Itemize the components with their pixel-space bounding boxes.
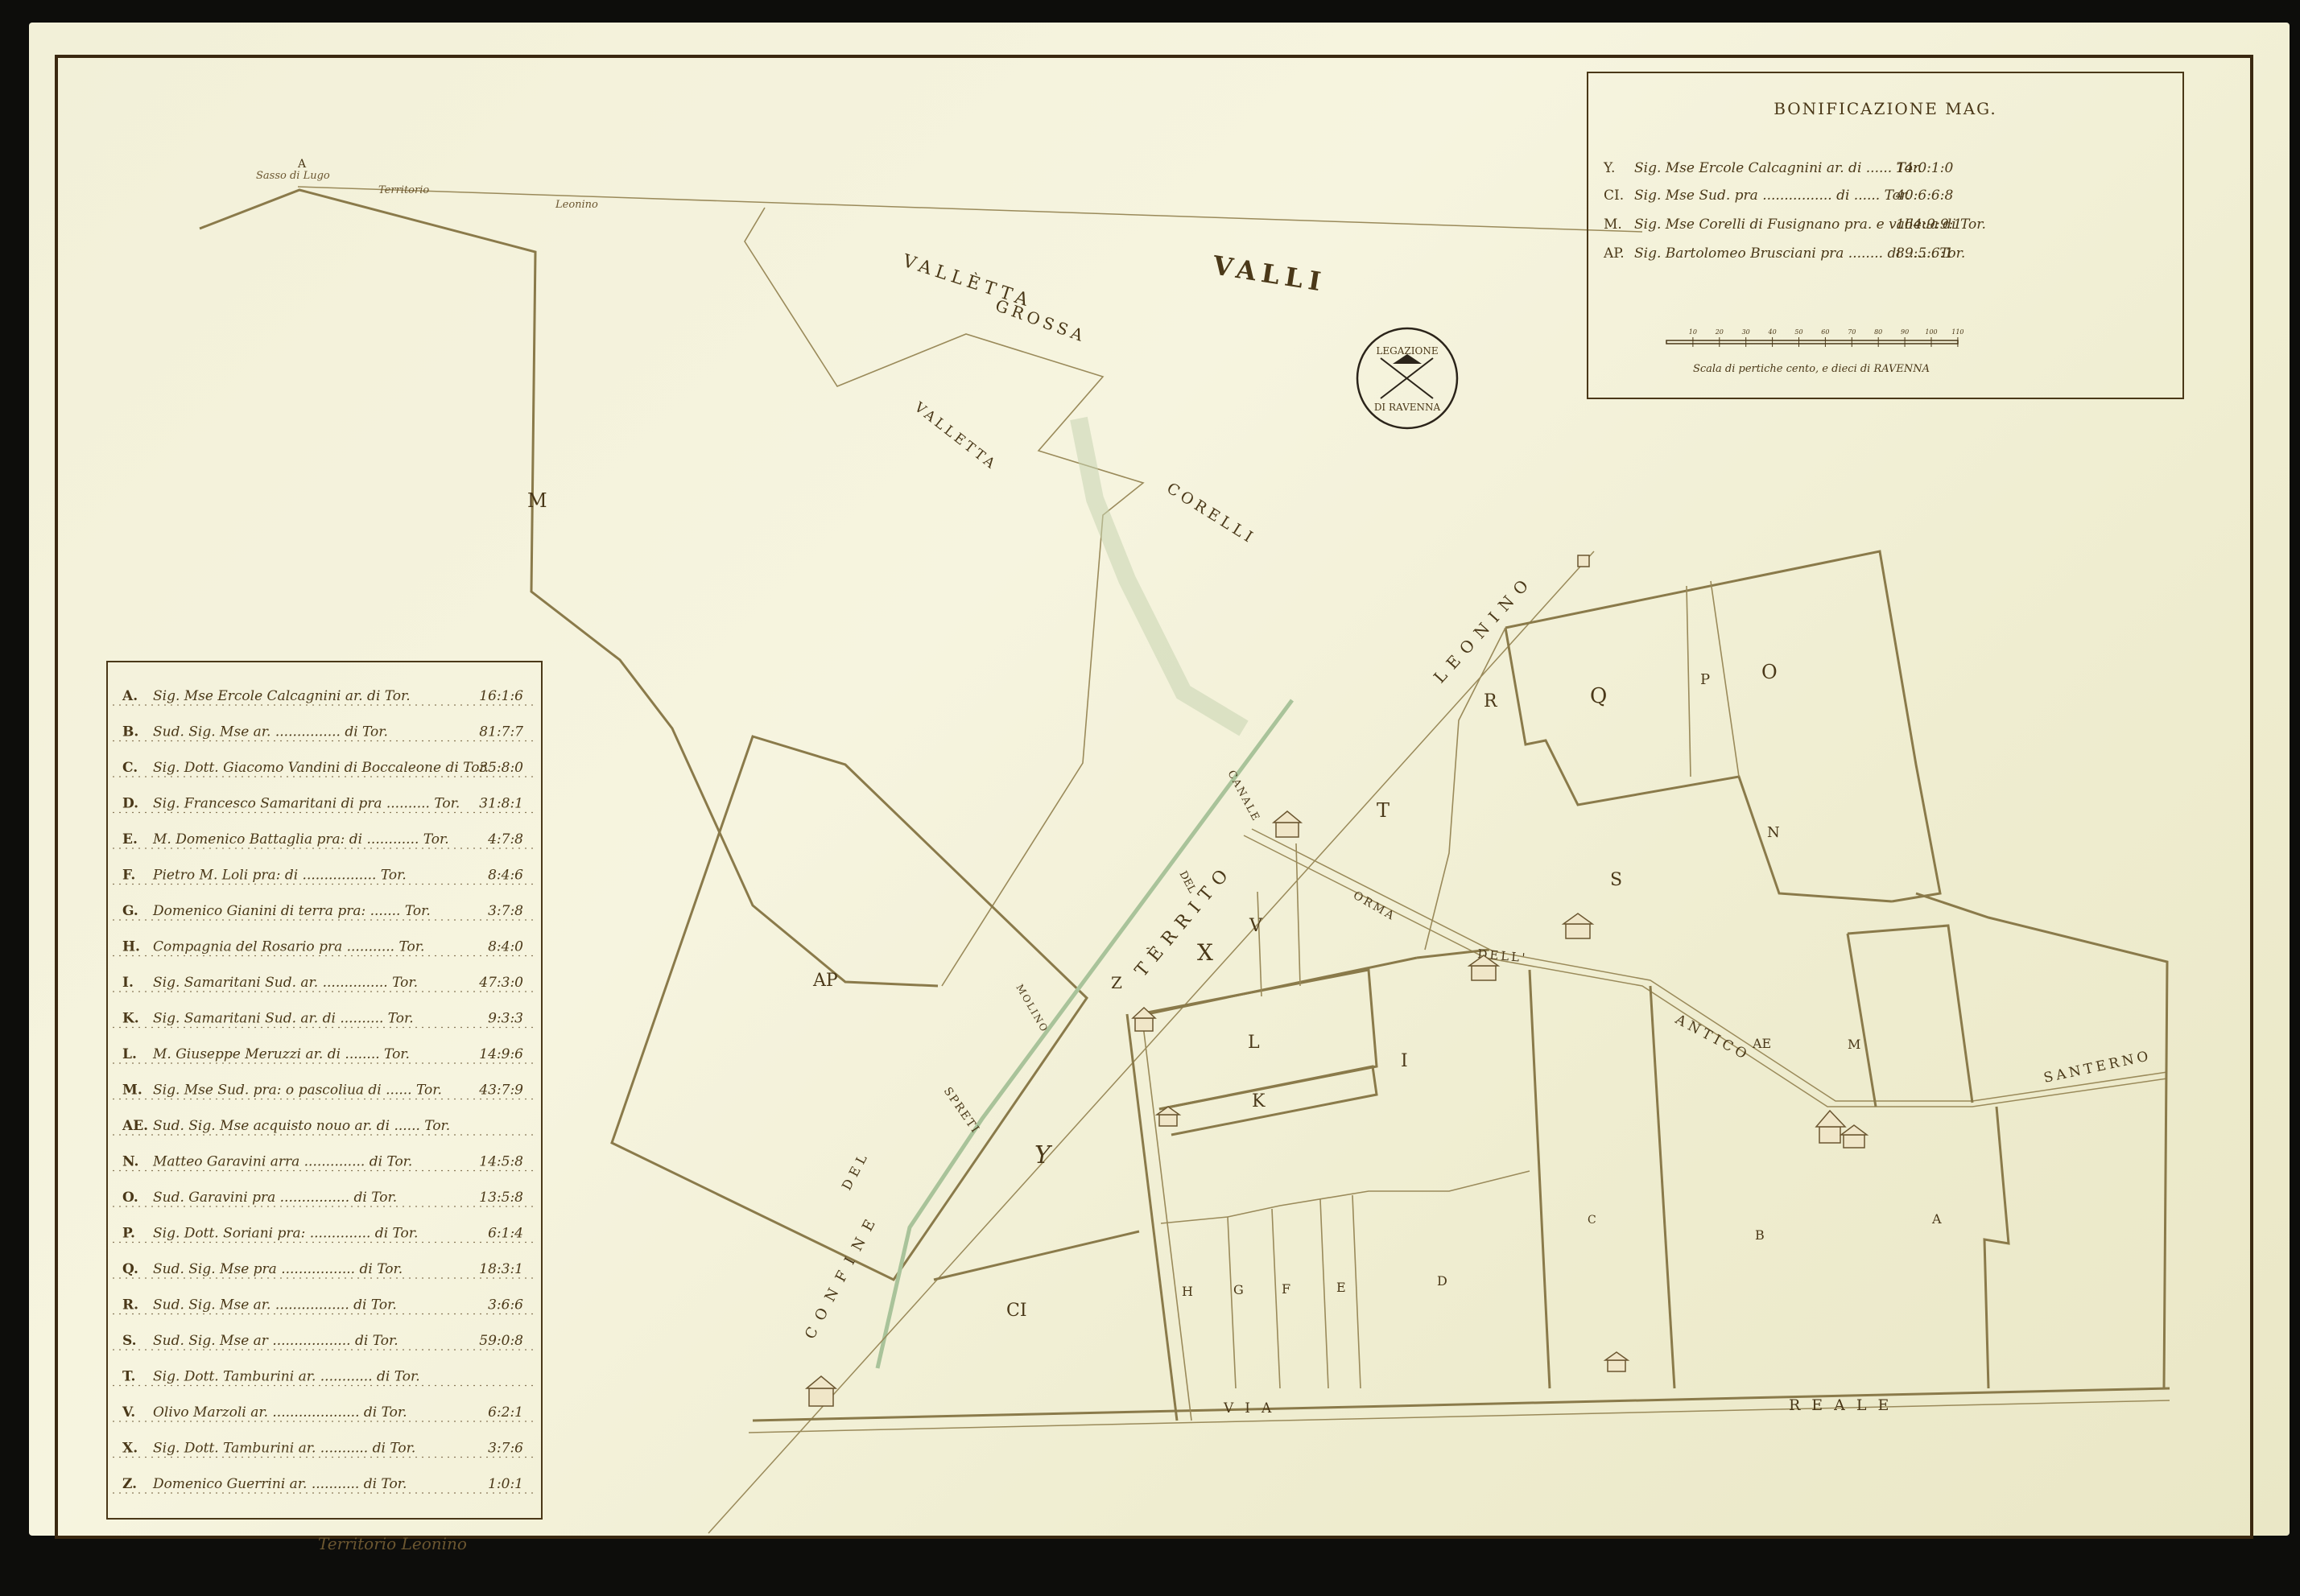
legend-key: C. [122,760,138,776]
label-spreti: SPRETI [941,1085,982,1136]
vertical-road-line-1 [1127,1014,1177,1421]
parcel-boundary-K [1159,1066,1377,1135]
parcel-letter-O: O [1761,661,1778,683]
legend-value: 31:8:1 [479,796,523,812]
parcel-letter-F: F [1282,1281,1290,1297]
cadastral-map: Sasso di Lugo Territorio Leonino A VALLÈ… [0,0,2300,1596]
label-corelli: CORELLI [1163,480,1259,548]
parcel-letter-CI: CI [1006,1301,1027,1321]
legend-owner: Sud. Sig. Mse acquisto nouo ar. di .....… [153,1118,450,1134]
label-molino: MOLINO [1014,983,1051,1035]
legend-owner: Sig. Dott. Giacomo Vandini di Boccaleone… [153,760,489,776]
parcel-divider-C-B [1650,986,1674,1388]
legend-key: V. [122,1404,135,1421]
legend-key: Z. [122,1476,137,1492]
legend-key: Q. [122,1261,138,1277]
legend-row: N.Matteo Garavini arra .............. di… [113,1154,535,1171]
legend-key: A. [122,688,138,704]
legend-owner: Sig. Dott. Tamburini ar. ............ di… [153,1369,420,1385]
legend-value: 3:7:8 [488,903,523,919]
orma-antico-santerno-line-1 [1244,835,2167,1107]
label-santerno: SANTERNO [2042,1048,2153,1087]
legend-row: Q.Sud. Sig. Mse pra ................. di… [113,1261,535,1278]
stamp-legazione-di-ravenna: LEGAZIONE DI RAVENNA [1357,328,1457,428]
parcel-letter-H: H [1182,1284,1193,1299]
legend-value: 14:5:8 [479,1154,523,1170]
legend-row: K.Sig. Samaritani Sud. ar. di ..........… [113,1011,535,1028]
parcel-boundary-HGFED-top [1161,1171,1530,1223]
legend-owner: Sig. Mse Sud. pra: o pascoliua di ......… [153,1083,442,1099]
legend-key: E. [122,831,138,847]
legend-row: R.Sud. Sig. Mse ar. ................. di… [113,1297,535,1314]
legend-owner: Sud. Sig. Mse ar. ............... di Tor… [153,724,388,740]
legend-key: K. [122,1011,139,1027]
legend-key: H. [122,939,140,955]
top-road-label-1: Sasso di Lugo [256,170,330,182]
legend-row: E.M. Domenico Battaglia pra: di ........… [113,831,535,848]
parcel-boundary-AE [1848,926,1972,1103]
legend-row: B.Sud. Sig. Mse ar. ............... di T… [113,724,535,741]
legend-key: B. [122,724,138,740]
legend-key: R. [122,1297,138,1314]
legend-key: O. [122,1190,138,1206]
parcel-letter-I: I [1401,1051,1408,1071]
top-road-line [298,187,1642,232]
legend-owner: Sig. Samaritani Sud. ar. ...............… [153,975,418,991]
top-road-label-2: Territorio [378,184,429,196]
scale-tick-label: 100 [1925,328,1937,336]
svg-text:Y.: Y. [1603,160,1615,176]
label-bottom-margin: Territorio Leonino [318,1534,467,1553]
legend-owner: Matteo Garavini arra .............. di T… [152,1154,412,1170]
legend-row: F.Pietro M. Loli pra: di ...............… [113,868,535,885]
legend-key: N. [122,1154,138,1170]
svg-text:AP.: AP. [1603,245,1625,262]
parcel-divider-X-V [1296,843,1300,986]
parcel-letter-L: L [1248,1033,1260,1053]
parcel-letter-N: N [1767,824,1780,841]
legend-value: 59:0:8 [479,1333,523,1349]
scale-tick-label: 70 [1848,328,1856,336]
svg-text:40:6:6:8: 40:6:6:8 [1895,188,1953,204]
legend-owner: Sig. Dott. Tamburini ar. ........... di … [153,1441,415,1457]
via-reale-line-1 [753,1388,2170,1421]
scale-tick-label: 50 [1794,328,1802,336]
legend-table: A.Sig. Mse Ercole Calcagnini ar. di Tor.… [113,688,535,1493]
parcel-boundary-RQPO [1505,551,1940,901]
legend-owner: Sig. Francesco Samaritani di pra .......… [153,796,460,812]
legend-owner: Domenico Gianini di terra pra: ....... T… [152,903,431,919]
stamp-text-2: DI RAVENNA [1374,402,1441,413]
legend-row: S.Sud. Sig. Mse ar .................. di… [113,1333,535,1350]
label-valli: VALLI [1210,250,1328,298]
legend-row: I.Sig. Samaritani Sud. ar. .............… [113,975,535,992]
legend-owner: Sig. Dott. Soriani pra: .............. d… [153,1226,418,1242]
bonificazione-title: BONIFICAZIONE MAG. [1774,99,1997,118]
legend-key: S. [122,1333,137,1349]
parcel-letter-C: C [1588,1214,1596,1227]
legend-value: 9:3:3 [488,1011,523,1027]
parcel-letter-Q: Q [1590,684,1607,708]
scale-tick-label: 110 [1951,328,1963,336]
vertical-road-line-2 [1142,1012,1191,1421]
bonificazione-row: AP. Sig. Bartolomeo Brusciani pra ......… [1603,245,1965,262]
legend-key: M. [122,1083,142,1099]
svg-text:Sig. Mse Ercole Calcagnini ar.: Sig. Mse Ercole Calcagnini ar. di ......… [1634,160,1922,176]
parcel-divider-G-F [1272,1209,1280,1388]
parcel-divider-H-G [1228,1217,1236,1388]
label-leonino: LEONINO [1430,570,1538,687]
legend-owner: Sud. Garavini pra ................ di To… [153,1190,397,1206]
legend-value: 81:7:7 [479,724,523,740]
parcel-letter-M: M [527,489,547,512]
parcel-boundary-AP [612,736,1087,1280]
parcel-letter-P: P [1700,671,1710,688]
legend-row: O.Sud. Garavini pra ................ di … [113,1190,535,1206]
legend-owner: Sud. Sig. Mse ar. ................. di T… [153,1297,397,1314]
legend-row: V.Olivo Marzoli ar. ....................… [113,1404,535,1421]
scale-tick-label: 90 [1901,328,1909,336]
parcel-letter-G: G [1233,1282,1244,1297]
parcel-letter-S: S [1610,870,1622,890]
legend-row: A.Sig. Mse Ercole Calcagnini ar. di Tor.… [113,688,535,705]
legend-owner: Sud. Sig. Mse ar .................. di T… [153,1333,398,1349]
label-via: VIA [1223,1400,1282,1417]
parcel-divider-AE-M [1848,934,1876,1107]
legend-key: P. [122,1226,135,1242]
legend-key: I. [122,975,134,991]
legend-key: G. [122,903,138,919]
label-orma: ORMA [1351,889,1398,924]
legend-value: 6:1:4 [488,1226,523,1242]
parcel-letter-R: R [1484,691,1498,711]
legend-row: M.Sig. Mse Sud. pra: o pascoliua di ....… [113,1083,535,1099]
legend-key: L. [122,1046,137,1062]
parcel-letter-A: A [1931,1211,1942,1227]
parcel-divider-QP [1687,586,1691,777]
scale-tick-label: 30 [1742,328,1750,336]
legend-value: 3:7:6 [488,1441,523,1457]
parcel-divider-PO [1711,581,1739,777]
parcel-divider-I-C [1530,970,1550,1388]
bonificazione-row: Y. Sig. Mse Ercole Calcagnini ar. di ...… [1603,160,1953,176]
scale-tick-label: 10 [1689,328,1697,336]
label-confine: CONFINE [802,1208,884,1342]
parcel-letter-X: X [1197,939,1213,966]
legend-value: 6:2:1 [488,1404,523,1421]
scale-caption: Scala di pertiche cento, e dieci di RAVE… [1693,363,1930,375]
legend-owner: Domenico Guerrini ar. ........... di Tor… [152,1476,407,1492]
parcel-divider-Z-X [1257,892,1261,996]
corelli-wash [1079,419,1244,728]
label-del-2: DEL [839,1148,873,1193]
parcel-letter-K: K [1252,1091,1266,1111]
legend-owner: M. Giuseppe Meruzzi ar. di ........ Tor. [152,1046,410,1062]
svg-text:164:9:9:1: 164:9:9:1 [1896,217,1962,233]
scale-tick-label: 60 [1821,328,1829,336]
legend-value: 4:7:8 [487,831,523,847]
parcel-letter-AE: AE [1752,1036,1771,1051]
legend-value: 8:4:6 [488,868,523,884]
scale-tick-label: 80 [1874,328,1882,336]
label-grossa: GROSSA [993,295,1089,346]
legend-owner: Sig. Samaritani Sud. ar. di .......... T… [153,1011,414,1027]
svg-text:CI.: CI. [1604,188,1624,204]
svg-text:14:0:1:0: 14:0:1:0 [1896,160,1953,176]
parcel-divider-E-D [1352,1195,1361,1388]
legend-row: L.M. Giuseppe Meruzzi ar. di ........ To… [113,1046,535,1063]
legend-row: X.Sig. Dott. Tamburini ar. ........... d… [113,1441,535,1458]
legend-row: C.Sig. Dott. Giacomo Vandini di Boccaleo… [113,760,535,777]
legend-value: 3:6:6 [488,1297,523,1314]
legend-owner: Olivo Marzoli ar. .................... d… [153,1404,407,1421]
legend-value: 14:9:6 [479,1046,523,1062]
legend-value: 18:3:1 [479,1261,523,1277]
scale-tick-label: 40 [1768,328,1777,336]
legend-row: P.Sig. Dott. Soriani pra: ..............… [113,1226,535,1243]
legend-owner: Sig. Mse Ercole Calcagnini ar. di Tor. [153,688,411,704]
parcel-boundary-N [1505,628,1892,901]
parcel-letter-B: B [1755,1227,1765,1243]
parcel-letter-D: D [1437,1273,1447,1289]
legend-value: 16:1:6 [479,688,523,704]
legend-value: 1:0:1 [488,1476,523,1492]
legend-key: D. [122,796,138,812]
parcel-letter-M-right: M [1848,1037,1860,1052]
bonificazione-row: M. Sig. Mse Corelli di Fusignano pra. e … [1604,217,1986,233]
parcel-letter-T: T [1377,799,1389,822]
svg-text:89:5:6:1: 89:5:6:1 [1896,245,1953,262]
legend-owner: Sud. Sig. Mse pra ................. di T… [153,1261,403,1277]
legend-value: 43:7:9 [478,1083,523,1099]
svg-text:M.: M. [1604,217,1622,233]
legend-key: T. [122,1369,135,1385]
legend-key: X. [122,1441,138,1457]
top-road-label-3: Leonino [555,199,598,211]
legend-row: T.Sig. Dott. Tamburini ar. ............ … [113,1369,535,1386]
parcel-letter-Y: Y [1034,1141,1053,1169]
bonificazione-row: CI. Sig. Mse Sud. pra ................ d… [1604,188,1953,204]
parcel-boundary-A [1984,1107,2009,1388]
legend-key: F. [122,868,135,884]
parcel-letter-V: V [1249,916,1263,936]
svg-text:Sig. Mse Sud. pra ............: Sig. Mse Sud. pra ................ di ..… [1634,188,1910,204]
legend-value: 35:8:0 [479,760,523,776]
legend-value: 8:4:0 [488,939,523,955]
legend-row: AE.Sud. Sig. Mse acquisto nouo ar. di ..… [113,1118,535,1135]
parcel-boundary-Z-top [1139,958,1417,1016]
legend-row: G.Domenico Gianini di terra pra: .......… [113,903,535,920]
legend-owner: Pietro M. Loli pra: di .................… [152,868,407,884]
parcel-letter-AP: AP [812,971,838,991]
legend-owner: M. Domenico Battaglia pra: di ..........… [152,831,449,847]
label-canale: CANALE [1224,769,1261,824]
legend-row: H.Compagnia del Rosario pra ........... … [113,939,535,956]
legend-owner: Compagnia del Rosario pra ........... To… [153,939,424,955]
parcel-boundary-Y-CI [934,1231,1139,1280]
corner-marker: A [297,158,307,171]
legend-value: 13:5:8 [479,1190,523,1206]
orma-antico-santerno-line-2 [1252,829,2167,1101]
label-antico: ANTICO [1672,1011,1753,1064]
legend-row: D.Sig. Francesco Samaritani di pra .....… [113,796,535,813]
confine-del-territorio-leonino [708,551,1594,1533]
bonificazione-box [1588,72,2183,398]
parcel-divider-F-E [1320,1199,1328,1388]
parcel-letter-Z: Z [1111,973,1122,992]
legend-value: 47:3:0 [478,975,523,991]
parcel-boundary-valletta [745,208,1143,986]
legend-key: AE. [122,1118,148,1134]
label-valletta-2: VALLETTA [911,399,1000,474]
legend-row: Z.Domenico Guerrini ar. ........... di T… [113,1476,535,1493]
scale-bar: 102030405060708090100110 Scala di pertic… [1666,328,1964,375]
scale-tick-label: 20 [1715,328,1724,336]
label-reale: REALE [1789,1396,1900,1414]
parcel-letter-E: E [1336,1280,1346,1295]
